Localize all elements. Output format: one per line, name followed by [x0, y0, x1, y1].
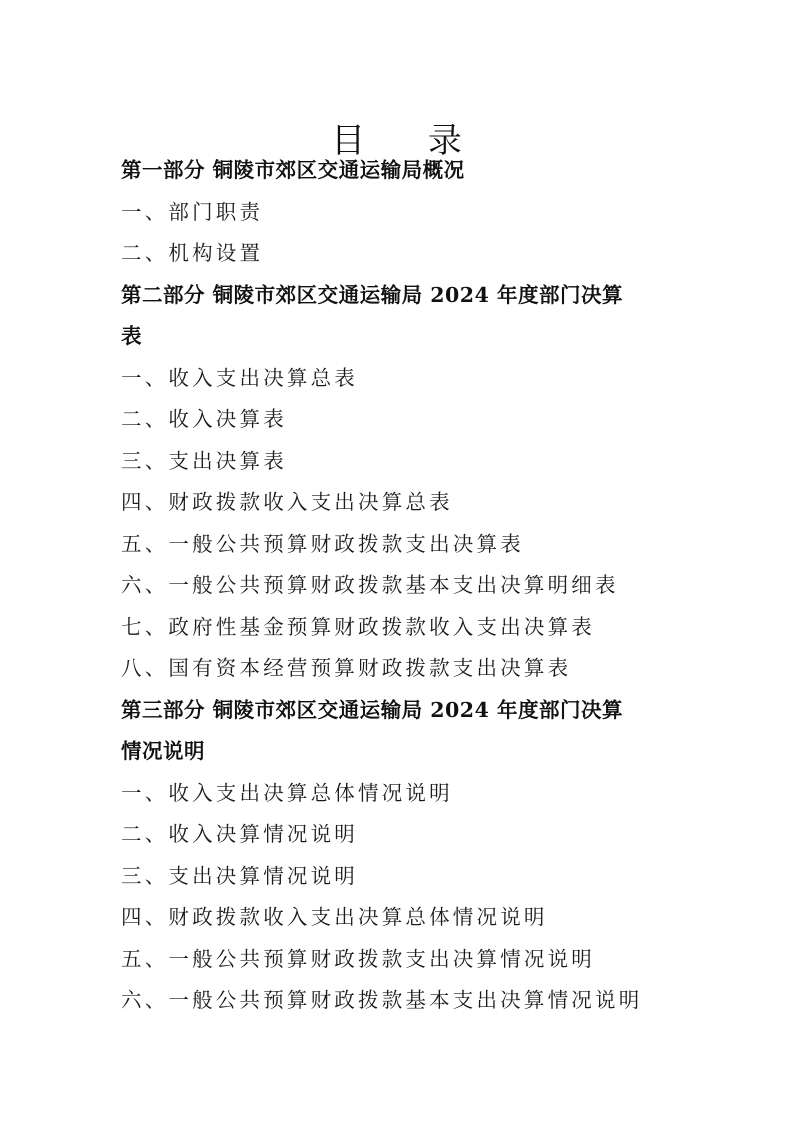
toc-part-3-heading-continued: 情况说明 — [121, 731, 681, 773]
toc-item: 二、机构设置 — [121, 233, 681, 275]
toc-item: 四、财政拨款收入支出决算总表 — [121, 482, 681, 524]
toc-item: 一、收入支出决算总表 — [121, 358, 681, 400]
table-of-contents: 第一部分 铜陵市郊区交通运输局概况 一、部门职责 二、机构设置 第二部分 铜陵市… — [121, 150, 681, 1022]
toc-item: 四、财政拨款收入支出决算总体情况说明 — [121, 897, 681, 939]
toc-item: 五、一般公共预算财政拨款支出决算情况说明 — [121, 939, 681, 981]
toc-item: 一、收入支出决算总体情况说明 — [121, 773, 681, 815]
toc-item: 三、支出决算表 — [121, 441, 681, 483]
toc-item: 三、支出决算情况说明 — [121, 856, 681, 898]
document-page: 目 录 第一部分 铜陵市郊区交通运输局概况 一、部门职责 二、机构设置 第二部分… — [0, 0, 793, 1122]
toc-item: 六、一般公共预算财政拨款基本支出决算情况说明 — [121, 980, 681, 1022]
toc-item: 六、一般公共预算财政拨款基本支出决算明细表 — [121, 565, 681, 607]
toc-item: 二、收入决算表 — [121, 399, 681, 441]
toc-part-3-heading: 第三部分 铜陵市郊区交通运输局 2024 年度部门决算 — [121, 690, 681, 732]
toc-item: 一、部门职责 — [121, 192, 681, 234]
toc-part-2-heading-continued: 表 — [121, 316, 681, 358]
toc-item: 五、一般公共预算财政拨款支出决算表 — [121, 524, 681, 566]
toc-part-2-heading: 第二部分 铜陵市郊区交通运输局 2024 年度部门决算 — [121, 275, 681, 317]
toc-item: 七、政府性基金预算财政拨款收入支出决算表 — [121, 607, 681, 649]
toc-part-1-heading: 第一部分 铜陵市郊区交通运输局概况 — [121, 150, 681, 192]
toc-item: 二、收入决算情况说明 — [121, 814, 681, 856]
toc-item: 八、国有资本经营预算财政拨款支出决算表 — [121, 648, 681, 690]
